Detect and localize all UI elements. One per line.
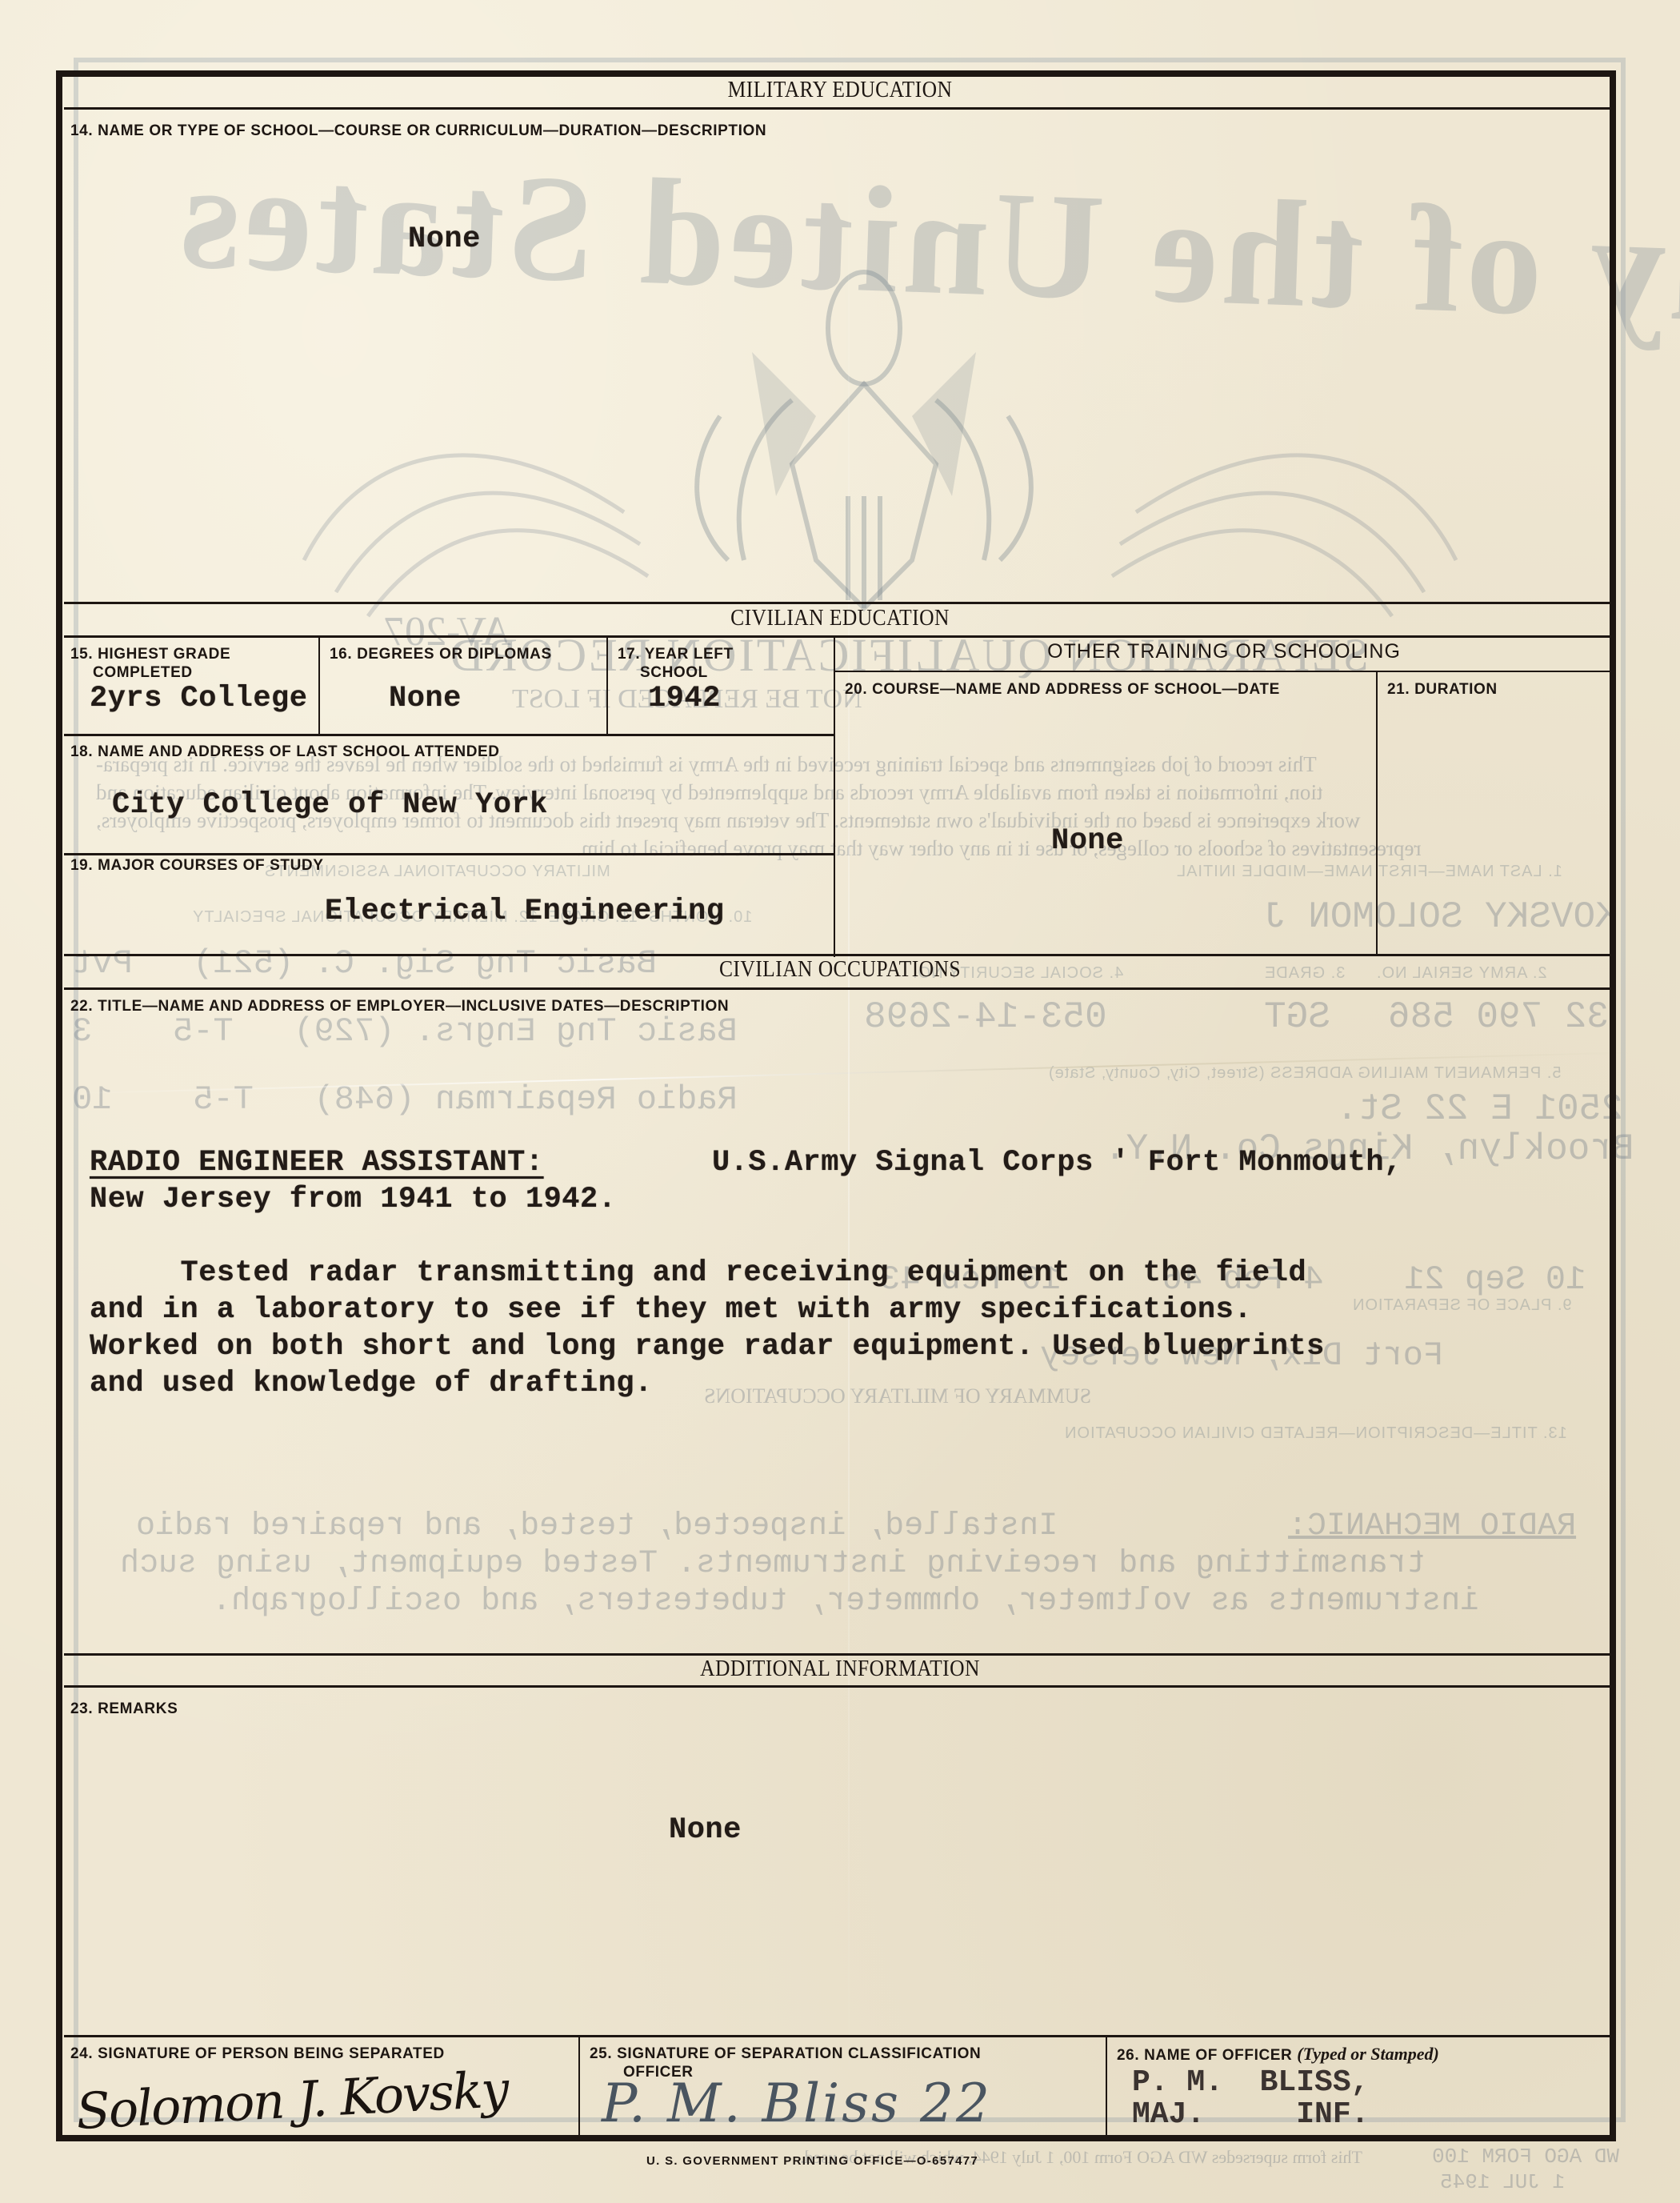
divider <box>64 853 834 855</box>
field-15-label-line1: 15. HIGHEST GRADE <box>70 646 230 663</box>
field-15-value[interactable]: 2yrs College <box>90 682 307 715</box>
field-14-label: 14. NAME OR TYPE OF SCHOOL—COURSE OR CUR… <box>70 122 766 140</box>
section-title-civilian-education: CIVILIAN EDUCATION <box>594 605 1086 631</box>
divider <box>64 635 1610 638</box>
field-16-label: 16. DEGREES OR DIPLOMAS <box>330 645 552 663</box>
employer-line-1: U.S.Army Signal Corps ' Fort Monmouth, <box>712 1146 1402 1180</box>
field-15-label: 15. HIGHEST GRADE COMPLETED <box>70 645 230 682</box>
field-26-label-note: (Typed or Stamped) <box>1297 2044 1439 2064</box>
field-23-label: 23. REMARKS <box>70 1700 178 1718</box>
field-25-label-line1: 25. SIGNATURE OF SEPARATION CLASSIFICATI… <box>590 2045 981 2062</box>
divider <box>1106 2037 1107 2137</box>
field-14-value[interactable]: None <box>408 222 481 256</box>
field-17-value[interactable]: 1942 <box>648 682 721 715</box>
classification-officer-signature: P. M. Bliss 22 <box>602 2073 992 2134</box>
printer-imprint: U. S. GOVERNMENT PRINTING OFFICE—O-65747… <box>646 2154 978 2168</box>
section-title-additional-information: ADDITIONAL INFORMATION <box>594 1656 1086 1682</box>
field-18-label: 18. NAME AND ADDRESS OF LAST SCHOOL ATTE… <box>70 743 500 761</box>
divider <box>64 987 1610 990</box>
bleed-form-date: 1 JUL 1945 <box>1440 2170 1565 2194</box>
divider <box>64 602 1610 604</box>
officer-name-stamp-line-2[interactable]: MAJ. INF. <box>1132 2099 1369 2131</box>
employer-line-2: New Jersey from 1941 to 1942. <box>90 1183 616 1216</box>
field-17-label: 17. YEAR LEFT SCHOOL <box>618 645 734 682</box>
field-21-label: 21. DURATION <box>1387 680 1498 699</box>
field-20-value[interactable]: None <box>1051 824 1124 858</box>
divider <box>834 637 835 957</box>
field-24-label: 24. SIGNATURE OF PERSON BEING SEPARATED <box>70 2045 445 2063</box>
field-22-label: 22. TITLE—NAME AND ADDRESS OF EMPLOYER—I… <box>70 997 729 1015</box>
section-title-other-training: OTHER TRAINING OR SCHOOLING <box>896 640 1552 663</box>
field-16-value[interactable]: None <box>389 682 462 715</box>
field-19-value[interactable]: Electrical Engineering <box>325 895 724 928</box>
section-title-military-education: MILITARY EDUCATION <box>594 77 1086 103</box>
field-20-label: 20. COURSE—NAME AND ADDRESS OF SCHOOL—DA… <box>845 680 1280 699</box>
section-title-civilian-occupations: CIVILIAN OCCUPATIONS <box>594 956 1086 983</box>
field-19-label: 19. MAJOR COURSES OF STUDY <box>70 856 323 875</box>
divider <box>64 1685 1610 1688</box>
field-17-label-line1: 17. YEAR LEFT <box>618 646 734 663</box>
bleed-form-id: WD AGO FORM 100 <box>1432 2145 1619 2169</box>
divider <box>64 2035 1610 2037</box>
divider <box>64 107 1610 110</box>
divider <box>64 734 834 736</box>
field-17-label-line2: SCHOOL <box>618 664 708 681</box>
divider <box>578 2037 580 2137</box>
divider <box>606 637 608 735</box>
description-line-3: Worked on both short and long range rada… <box>90 1330 1325 1364</box>
field-26-label: 26. NAME OF OFFICER (Typed or Stamped) <box>1117 2045 1439 2065</box>
divider <box>318 637 320 735</box>
divider <box>835 671 1610 672</box>
form-frame <box>56 70 1616 2141</box>
field-15-label-line2: COMPLETED <box>70 664 193 681</box>
field-18-value[interactable]: City College of New York <box>112 788 548 822</box>
field-26-label-text: 26. NAME OF OFFICER <box>1117 2047 1292 2064</box>
job-title: RADIO ENGINEER ASSISTANT: <box>90 1146 544 1180</box>
officer-name-stamp-line-1[interactable]: P. M. BLISS, <box>1132 2067 1369 2099</box>
description-line-1: Tested radar transmitting and receiving … <box>90 1256 1306 1290</box>
description-line-2: and in a laboratory to see if they met w… <box>90 1293 1252 1327</box>
description-line-4: and used knowledge of drafting. <box>90 1367 653 1400</box>
field-23-value[interactable]: None <box>669 1813 742 1847</box>
divider <box>1376 672 1378 954</box>
